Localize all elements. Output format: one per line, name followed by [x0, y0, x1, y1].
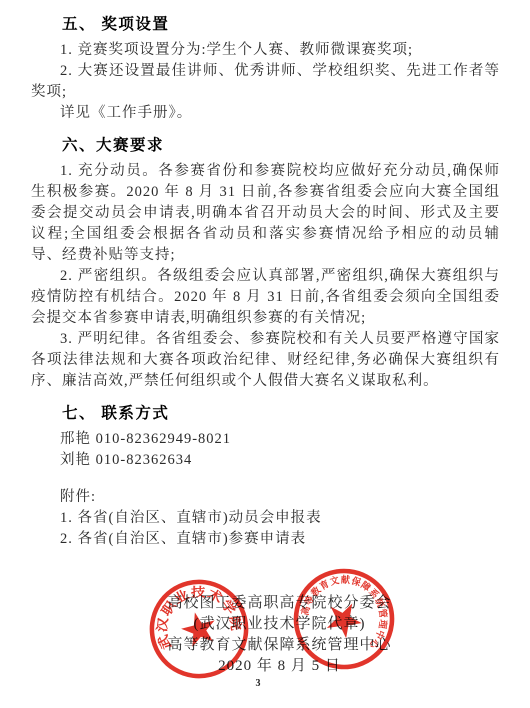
paragraph-awards-2: 2. 大赛还设置最佳讲师、优秀讲师、学校组织奖、先进工作者等奖项; — [31, 61, 500, 103]
attachments-label: 附件: — [31, 487, 500, 508]
star-icon — [321, 595, 368, 641]
section-heading-requirements: 六、大赛要求 — [31, 135, 500, 156]
paragraph-requirement-2: 2. 严密组织。各级组委会应认真部署,严密组织,确保大赛组织与疫情防控有机结合。… — [31, 266, 500, 329]
contact-line-2: 刘艳 010-82362634 — [31, 450, 500, 471]
contact-line-1: 邢艳 010-82362949-8021 — [31, 429, 500, 450]
star-icon — [178, 608, 219, 648]
section-heading-contact: 七、 联系方式 — [31, 403, 500, 424]
signature-org-line-1: 高校图工委高职高专院校分委会 — [45, 593, 514, 614]
paragraph-requirement-1: 1. 充分动员。各参赛省份和参赛院校均应做好充分动员,确保师生积极参赛。2020… — [31, 161, 500, 266]
section-heading-awards: 五、 奖项设置 — [31, 14, 500, 35]
page-number: 3 — [0, 673, 523, 694]
paragraph-awards-note: 详见《工作手册》。 — [31, 103, 500, 124]
attachment-item-1: 1. 各省(自治区、直辖市)动员会申报表 — [31, 508, 500, 529]
attachment-item-2: 2. 各省(自治区、直辖市)参赛申请表 — [31, 529, 500, 550]
document-page: 五、 奖项设置 1. 竞赛奖项设置分为:学生个人赛、教师微课赛奖项; 2. 大赛… — [0, 0, 530, 708]
paragraph-requirement-3: 3. 严明纪律。各省组委会、参赛院校和有关人员要严格遵守国家各项法律法规和大赛各… — [31, 329, 500, 392]
paragraph-awards-1: 1. 竞赛奖项设置分为:学生个人赛、教师微课赛奖项; — [31, 40, 500, 61]
